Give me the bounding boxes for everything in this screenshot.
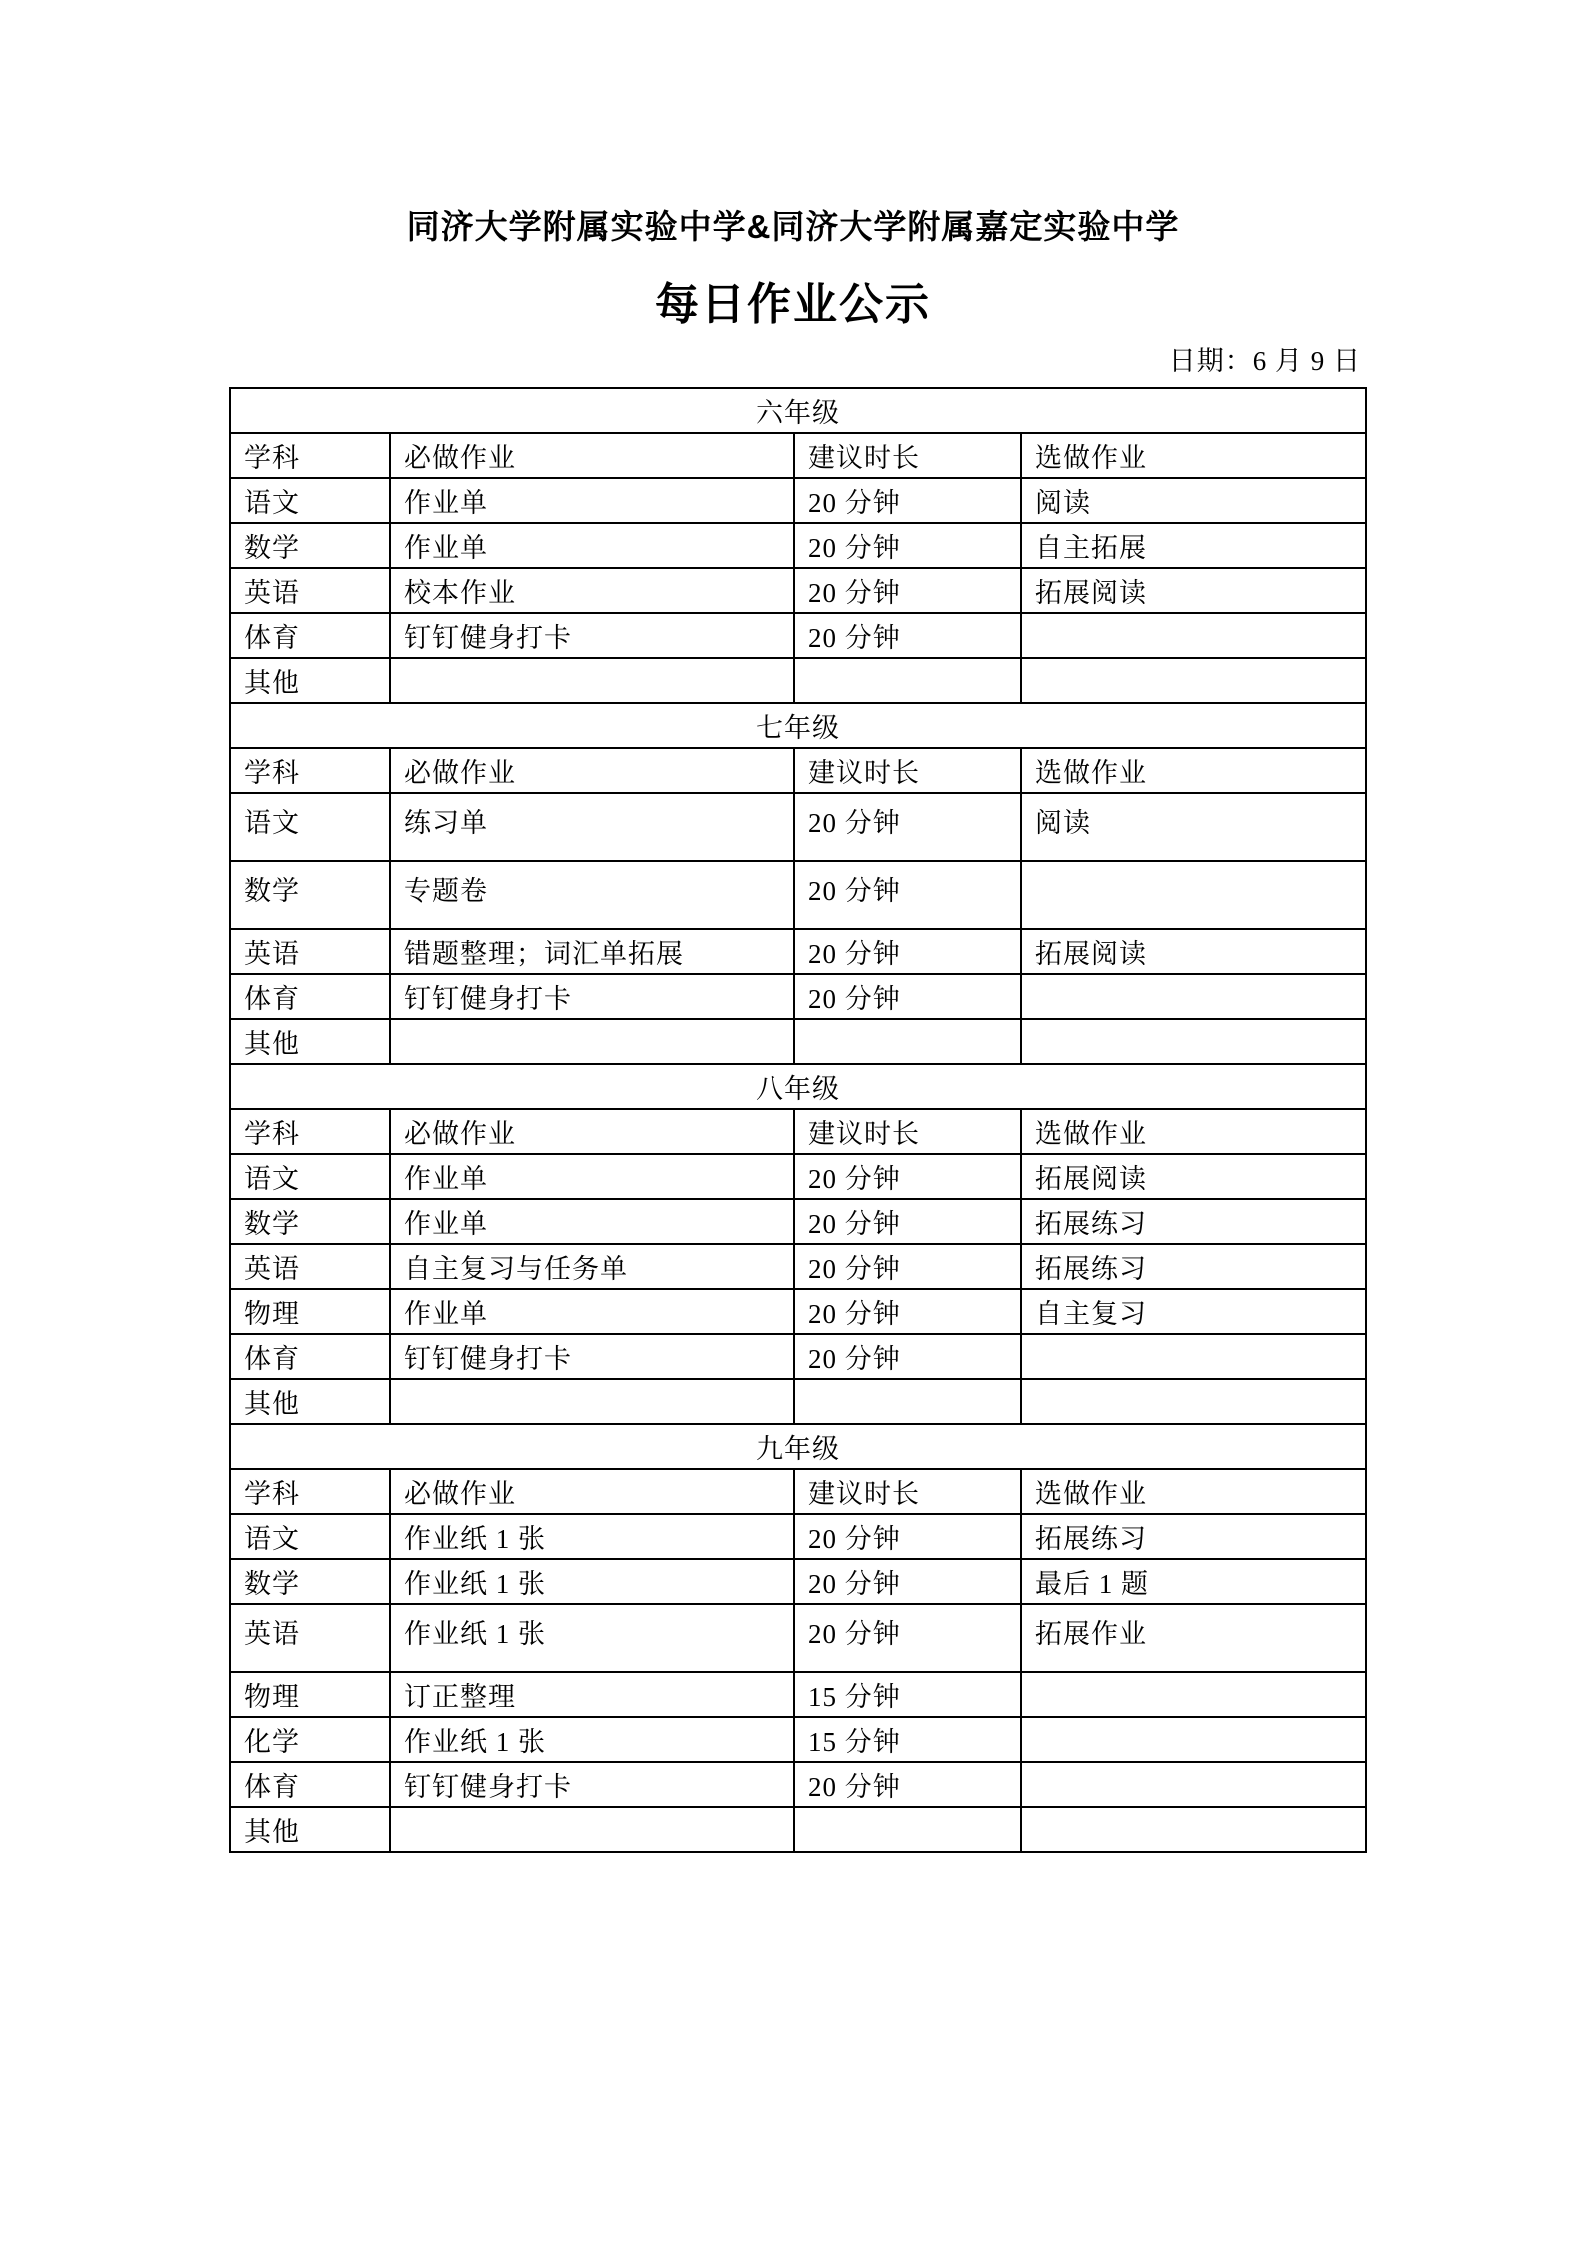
grade-section-row: 六年级 bbox=[230, 388, 1366, 433]
table-row: 语文作业单20 分钟阅读 bbox=[230, 478, 1366, 523]
table-row: 其他 bbox=[230, 1379, 1366, 1424]
optional-cell: 拓展阅读 bbox=[1021, 568, 1366, 613]
page-title: 同济大学附属实验中学&同济大学附属嘉定实验中学 bbox=[0, 0, 1586, 250]
table-row: 语文练习单20 分钟阅读 bbox=[230, 793, 1366, 861]
subject-cell: 英语 bbox=[230, 1244, 390, 1289]
duration-cell: 20 分钟 bbox=[794, 929, 1021, 974]
table-row: 体育钉钉健身打卡20 分钟 bbox=[230, 613, 1366, 658]
column-header: 必做作业 bbox=[390, 748, 794, 793]
table-row: 物理订正整理15 分钟 bbox=[230, 1672, 1366, 1717]
duration-cell: 20 分钟 bbox=[794, 1559, 1021, 1604]
optional-cell: 拓展阅读 bbox=[1021, 929, 1366, 974]
column-header: 必做作业 bbox=[390, 1109, 794, 1154]
column-header: 选做作业 bbox=[1021, 1109, 1366, 1154]
duration-cell: 20 分钟 bbox=[794, 974, 1021, 1019]
required-cell: 钉钉健身打卡 bbox=[390, 1334, 794, 1379]
optional-cell: 拓展练习 bbox=[1021, 1244, 1366, 1289]
grade-section-row: 七年级 bbox=[230, 703, 1366, 748]
required-cell: 作业单 bbox=[390, 1289, 794, 1334]
table-row: 体育钉钉健身打卡20 分钟 bbox=[230, 1334, 1366, 1379]
required-cell: 作业纸 1 张 bbox=[390, 1717, 794, 1762]
optional-cell bbox=[1021, 613, 1366, 658]
required-cell bbox=[390, 1379, 794, 1424]
duration-cell bbox=[794, 1379, 1021, 1424]
required-cell bbox=[390, 1019, 794, 1064]
duration-cell: 15 分钟 bbox=[794, 1672, 1021, 1717]
required-cell: 订正整理 bbox=[390, 1672, 794, 1717]
subject-cell: 英语 bbox=[230, 929, 390, 974]
subject-cell: 英语 bbox=[230, 568, 390, 613]
subject-cell: 其他 bbox=[230, 658, 390, 703]
table-row: 语文作业纸 1 张20 分钟拓展练习 bbox=[230, 1514, 1366, 1559]
optional-cell bbox=[1021, 861, 1366, 929]
duration-cell: 20 分钟 bbox=[794, 1762, 1021, 1807]
duration-cell: 20 分钟 bbox=[794, 1289, 1021, 1334]
column-header: 建议时长 bbox=[794, 1469, 1021, 1514]
table-row: 体育钉钉健身打卡20 分钟 bbox=[230, 974, 1366, 1019]
subject-cell: 其他 bbox=[230, 1019, 390, 1064]
duration-cell: 20 分钟 bbox=[794, 568, 1021, 613]
column-header-row: 学科必做作业建议时长选做作业 bbox=[230, 1469, 1366, 1514]
optional-cell: 阅读 bbox=[1021, 478, 1366, 523]
subject-cell: 语文 bbox=[230, 793, 390, 861]
column-header: 选做作业 bbox=[1021, 433, 1366, 478]
duration-cell: 20 分钟 bbox=[794, 1334, 1021, 1379]
subject-cell: 化学 bbox=[230, 1717, 390, 1762]
grade-section-row: 九年级 bbox=[230, 1424, 1366, 1469]
table-row: 物理作业单20 分钟自主复习 bbox=[230, 1289, 1366, 1334]
duration-cell: 20 分钟 bbox=[794, 523, 1021, 568]
column-header: 必做作业 bbox=[390, 433, 794, 478]
subject-cell: 物理 bbox=[230, 1289, 390, 1334]
table-row: 数学作业纸 1 张20 分钟最后 1 题 bbox=[230, 1559, 1366, 1604]
subject-cell: 体育 bbox=[230, 613, 390, 658]
subject-cell: 体育 bbox=[230, 1334, 390, 1379]
optional-cell bbox=[1021, 658, 1366, 703]
table-row: 数学专题卷20 分钟 bbox=[230, 861, 1366, 929]
column-header: 建议时长 bbox=[794, 433, 1021, 478]
column-header-row: 学科必做作业建议时长选做作业 bbox=[230, 433, 1366, 478]
table-row: 数学作业单20 分钟自主拓展 bbox=[230, 523, 1366, 568]
column-header: 选做作业 bbox=[1021, 1469, 1366, 1514]
grade-section-title: 八年级 bbox=[230, 1064, 1366, 1109]
required-cell: 自主复习与任务单 bbox=[390, 1244, 794, 1289]
subject-cell: 语文 bbox=[230, 1514, 390, 1559]
duration-cell: 15 分钟 bbox=[794, 1717, 1021, 1762]
column-header: 学科 bbox=[230, 433, 390, 478]
date-label: 日期：6 月 9 日 bbox=[229, 343, 1365, 379]
optional-cell: 阅读 bbox=[1021, 793, 1366, 861]
table-row: 体育钉钉健身打卡20 分钟 bbox=[230, 1762, 1366, 1807]
subject-cell: 语文 bbox=[230, 478, 390, 523]
optional-cell: 拓展作业 bbox=[1021, 1604, 1366, 1672]
duration-cell bbox=[794, 1807, 1021, 1852]
required-cell: 练习单 bbox=[390, 793, 794, 861]
required-cell: 钉钉健身打卡 bbox=[390, 1762, 794, 1807]
required-cell: 钉钉健身打卡 bbox=[390, 613, 794, 658]
optional-cell bbox=[1021, 1717, 1366, 1762]
page-subtitle: 每日作业公示 bbox=[0, 276, 1586, 333]
required-cell: 作业单 bbox=[390, 478, 794, 523]
optional-cell: 拓展练习 bbox=[1021, 1199, 1366, 1244]
table-row: 数学作业单20 分钟拓展练习 bbox=[230, 1199, 1366, 1244]
required-cell: 作业单 bbox=[390, 1199, 794, 1244]
duration-cell: 20 分钟 bbox=[794, 1154, 1021, 1199]
document-page: 同济大学附属实验中学&同济大学附属嘉定实验中学 每日作业公示 日期：6 月 9 … bbox=[0, 0, 1586, 2245]
duration-cell: 20 分钟 bbox=[794, 861, 1021, 929]
duration-cell: 20 分钟 bbox=[794, 1199, 1021, 1244]
duration-cell: 20 分钟 bbox=[794, 1244, 1021, 1289]
grade-section-row: 八年级 bbox=[230, 1064, 1366, 1109]
subject-cell: 数学 bbox=[230, 861, 390, 929]
subject-cell: 英语 bbox=[230, 1604, 390, 1672]
subject-cell: 体育 bbox=[230, 974, 390, 1019]
required-cell: 作业单 bbox=[390, 523, 794, 568]
column-header-row: 学科必做作业建议时长选做作业 bbox=[230, 1109, 1366, 1154]
duration-cell: 20 分钟 bbox=[794, 478, 1021, 523]
duration-cell: 20 分钟 bbox=[794, 613, 1021, 658]
subject-cell: 语文 bbox=[230, 1154, 390, 1199]
duration-cell: 20 分钟 bbox=[794, 1514, 1021, 1559]
required-cell bbox=[390, 1807, 794, 1852]
required-cell: 钉钉健身打卡 bbox=[390, 974, 794, 1019]
subject-cell: 数学 bbox=[230, 523, 390, 568]
subject-cell: 数学 bbox=[230, 1199, 390, 1244]
duration-cell: 20 分钟 bbox=[794, 1604, 1021, 1672]
table-row: 英语校本作业20 分钟拓展阅读 bbox=[230, 568, 1366, 613]
required-cell: 校本作业 bbox=[390, 568, 794, 613]
required-cell: 专题卷 bbox=[390, 861, 794, 929]
column-header: 建议时长 bbox=[794, 1109, 1021, 1154]
required-cell: 错题整理；词汇单拓展 bbox=[390, 929, 794, 974]
column-header: 选做作业 bbox=[1021, 748, 1366, 793]
optional-cell bbox=[1021, 1334, 1366, 1379]
column-header: 学科 bbox=[230, 748, 390, 793]
column-header-row: 学科必做作业建议时长选做作业 bbox=[230, 748, 1366, 793]
column-header: 必做作业 bbox=[390, 1469, 794, 1514]
duration-cell bbox=[794, 1019, 1021, 1064]
grade-section-title: 九年级 bbox=[230, 1424, 1366, 1469]
table-row: 英语作业纸 1 张20 分钟拓展作业 bbox=[230, 1604, 1366, 1672]
column-header: 建议时长 bbox=[794, 748, 1021, 793]
grade-section-title: 六年级 bbox=[230, 388, 1366, 433]
optional-cell bbox=[1021, 1672, 1366, 1717]
table-row: 其他 bbox=[230, 1807, 1366, 1852]
content-column: 日期：6 月 9 日 六年级学科必做作业建议时长选做作业语文作业单20 分钟阅读… bbox=[229, 343, 1365, 1853]
subject-cell: 物理 bbox=[230, 1672, 390, 1717]
column-header: 学科 bbox=[230, 1109, 390, 1154]
column-header: 学科 bbox=[230, 1469, 390, 1514]
homework-table: 六年级学科必做作业建议时长选做作业语文作业单20 分钟阅读数学作业单20 分钟自… bbox=[229, 387, 1367, 1853]
required-cell bbox=[390, 658, 794, 703]
optional-cell: 最后 1 题 bbox=[1021, 1559, 1366, 1604]
optional-cell bbox=[1021, 1379, 1366, 1424]
duration-cell bbox=[794, 658, 1021, 703]
table-row: 其他 bbox=[230, 1019, 1366, 1064]
subject-cell: 其他 bbox=[230, 1807, 390, 1852]
duration-cell: 20 分钟 bbox=[794, 793, 1021, 861]
required-cell: 作业纸 1 张 bbox=[390, 1604, 794, 1672]
grade-section-title: 七年级 bbox=[230, 703, 1366, 748]
table-row: 英语自主复习与任务单20 分钟拓展练习 bbox=[230, 1244, 1366, 1289]
required-cell: 作业纸 1 张 bbox=[390, 1514, 794, 1559]
optional-cell: 拓展阅读 bbox=[1021, 1154, 1366, 1199]
optional-cell bbox=[1021, 974, 1366, 1019]
required-cell: 作业纸 1 张 bbox=[390, 1559, 794, 1604]
optional-cell: 自主拓展 bbox=[1021, 523, 1366, 568]
optional-cell: 拓展练习 bbox=[1021, 1514, 1366, 1559]
table-row: 英语错题整理；词汇单拓展20 分钟拓展阅读 bbox=[230, 929, 1366, 974]
subject-cell: 其他 bbox=[230, 1379, 390, 1424]
table-row: 化学作业纸 1 张15 分钟 bbox=[230, 1717, 1366, 1762]
optional-cell bbox=[1021, 1807, 1366, 1852]
table-row: 其他 bbox=[230, 658, 1366, 703]
subject-cell: 数学 bbox=[230, 1559, 390, 1604]
optional-cell: 自主复习 bbox=[1021, 1289, 1366, 1334]
required-cell: 作业单 bbox=[390, 1154, 794, 1199]
optional-cell bbox=[1021, 1019, 1366, 1064]
optional-cell bbox=[1021, 1762, 1366, 1807]
table-row: 语文作业单20 分钟拓展阅读 bbox=[230, 1154, 1366, 1199]
subject-cell: 体育 bbox=[230, 1762, 390, 1807]
